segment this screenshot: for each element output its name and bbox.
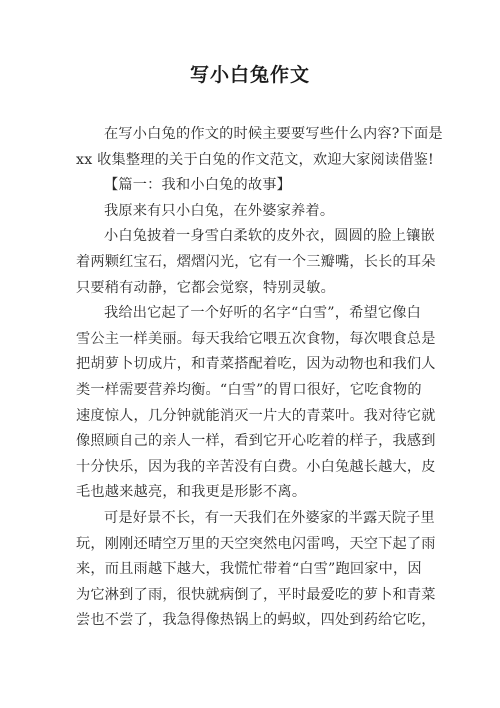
text-line: 来，而且雨越下越大，我慌忙带着“白雪”跑回家中，因 bbox=[76, 557, 416, 583]
text-line: 十分快乐，因为我的辛苦没有白费。小白兔越长越大，皮 bbox=[76, 455, 416, 481]
text-line: 玩，刚刚还晴空万里的天空突然电闪雷鸣，天空下起了雨 bbox=[76, 532, 416, 558]
document-title: 写小白兔作文 bbox=[0, 60, 500, 87]
text-line: 雪公主一样美丽。每天我给它喂五次食物，每次喂食总是 bbox=[76, 327, 416, 353]
document-page: 写小白兔作文 在写小白兔的作文的时候主要要写些什么内容?下面是 xx 收集整理的… bbox=[0, 0, 500, 708]
text-line: 只要稍有动静，它都会觉察，特别灵敏。 bbox=[76, 276, 416, 302]
text-line: 毛也越来越亮，和我更是形影不离。 bbox=[76, 480, 416, 506]
text-line: 我给出它起了一个好听的名字“白雪”，希望它像白 bbox=[76, 301, 416, 327]
text-line: xx 收集整理的关于白兔的作文范文，欢迎大家阅读借鉴! bbox=[76, 148, 416, 174]
text-line: 速度惊人，几分钟就能消灭一片大的青菜叶。我对待它就 bbox=[76, 404, 416, 430]
text-line: 小白兔披着一身雪白柔软的皮外衣，圆圆的脸上镶嵌 bbox=[76, 224, 416, 250]
text-line: 把胡萝卜切成片，和青菜搭配着吃，因为动物也和我们人 bbox=[76, 352, 416, 378]
text-line: 可是好景不长，有一天我们在外婆家的半露天院子里 bbox=[76, 506, 416, 532]
text-line: 像照顾自己的亲人一样，看到它开心吃着的样子，我感到 bbox=[76, 429, 416, 455]
text-line: 着两颗红宝石，熠熠闪光，它有一个三瓣嘴，长长的耳朵 bbox=[76, 250, 416, 276]
text-line: 为它淋到了雨，很快就病倒了，平时最爱吃的萝卜和青菜 bbox=[76, 583, 416, 609]
text-line: 类一样需要营养均衡。“白雪”的胃口很好，它吃食物的 bbox=[76, 378, 416, 404]
section-heading: 【篇一：我和小白兔的故事】 bbox=[76, 173, 416, 199]
text-line: 在写小白兔的作文的时候主要要写些什么内容?下面是 bbox=[76, 122, 416, 148]
text-line: 我原来有只小白兔，在外婆家养着。 bbox=[76, 199, 416, 225]
document-body: 在写小白兔的作文的时候主要要写些什么内容?下面是 xx 收集整理的关于白兔的作文… bbox=[76, 122, 416, 634]
text-line: 尝也不尝了，我急得像热锅上的蚂蚁，四处到药给它吃， bbox=[76, 608, 416, 634]
